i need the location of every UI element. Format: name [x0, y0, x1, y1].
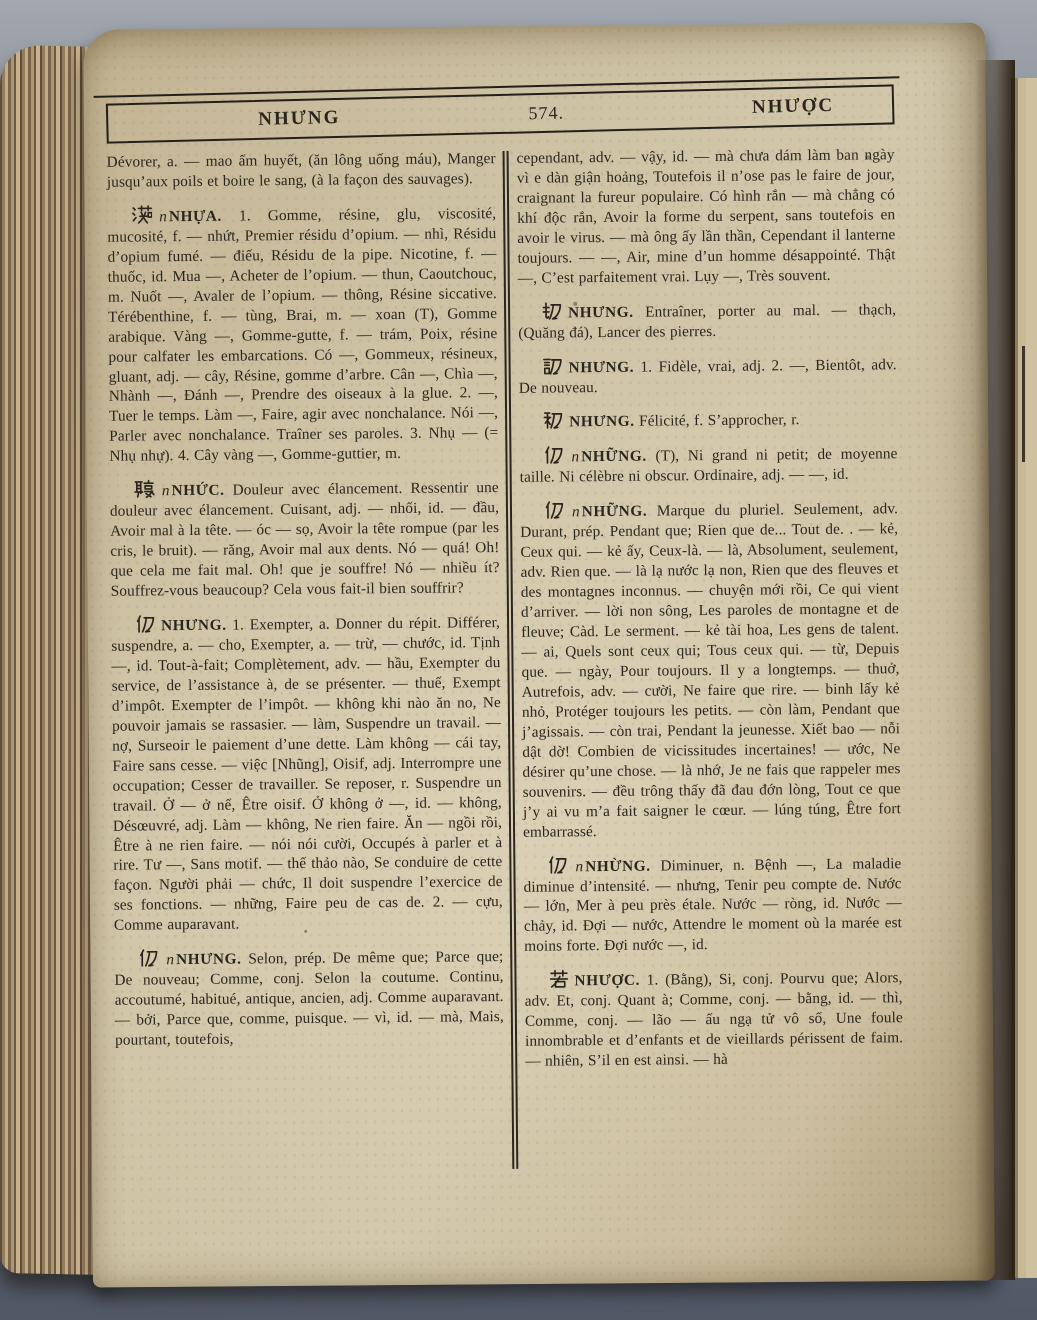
cjk-character-icon — [543, 445, 564, 466]
paragraph-text: cependant, adv. — vậy, id. — mà chưa dám… — [517, 146, 896, 286]
particle: n — [570, 504, 582, 521]
cjk-character-icon — [131, 204, 152, 225]
running-header-box: NHƯNG 574. NHƯỢC — [106, 84, 895, 143]
dictionary-entry-nhung-exempter: NHƯNG. 1. Exempter, a. Donner du répit. … — [111, 610, 503, 936]
headword: NHỪNG. — [585, 857, 651, 875]
header-guideword-left: NHƯNG — [258, 107, 341, 131]
cjk-character-icon — [548, 969, 569, 990]
page-number: 574. — [528, 102, 564, 124]
particle: n — [164, 951, 176, 968]
headword: NHỰA. — [169, 208, 222, 226]
dictionary-entry-nhung-entrainer: NHƯNG. Entraîner, porter au mal. — thạch… — [518, 297, 896, 344]
facing-page-border-fragment — [1022, 346, 1034, 462]
headword: NHỨC. — [171, 482, 224, 500]
entry-text: 1. Gomme, résine, glu, viscosité, mucosi… — [107, 205, 498, 465]
headword: NHƯỢC. — [574, 972, 640, 990]
dictionary-entry-nhung-selon: nNHƯNG. Selon, prép. De même que; Parce … — [114, 944, 504, 1050]
cjk-character-icon — [543, 410, 564, 431]
paragraph-text: Dévorer, a. — mao ấm huyết, (ăn lông uốn… — [107, 150, 496, 191]
headword: NHỮNG. — [581, 448, 647, 466]
dictionary-entry-nhung-diminuer: nNHỪNG. Diminuer, n. Bệnh —, La maladie … — [523, 851, 902, 957]
dictionary-entry-nhuc: nNHỨC. Douleur avec élancement. Ressenti… — [110, 475, 500, 601]
cjk-character-icon — [544, 500, 565, 521]
dictionary-entry-nhung-pluriel: nNHỮNG. Marque du pluriel. Seulement, ad… — [520, 497, 901, 843]
column-left: Dévorer, a. — mao ấm huyết, (ăn lông uốn… — [107, 149, 506, 1173]
column-right: cependant, adv. — vậy, id. — mà chưa dám… — [517, 145, 905, 1169]
headword: NHƯNG. — [176, 951, 242, 969]
entry-text: Marque du pluriel. Seulement, adv. Duran… — [520, 501, 901, 841]
headword: NHƯNG. — [569, 358, 635, 376]
cjk-character-icon — [138, 948, 159, 969]
dictionary-entry-nhung-felicite: NHƯNG. Félicité, f. S’approcher, r. — [519, 407, 897, 434]
dictionary-entry-nhung-taille: nNHỮNG. (T), Ni grand ni petit; de moyen… — [519, 442, 897, 489]
header-guideword-right: NHƯỢC — [752, 95, 835, 119]
continuation-paragraph: cependant, adv. — vậy, id. — mà chưa dám… — [517, 145, 896, 288]
headword: NHỮNG. — [582, 503, 648, 521]
particle: n — [157, 208, 169, 225]
entry-text: 1. Exempter, a. Donner du répit. Différe… — [111, 614, 503, 934]
cjk-character-icon — [542, 300, 563, 321]
dictionary-entry-nhuoc: NHƯỢC. 1. (Bằng), Si, conj. Pourvu que; … — [524, 965, 903, 1071]
particle: n — [573, 858, 585, 875]
cjk-character-icon — [134, 479, 155, 500]
dictionary-entry-nhua: nNHỰA. 1. Gomme, résine, glu, viscosité,… — [107, 201, 499, 467]
cjk-character-icon — [547, 854, 568, 875]
continuation-paragraph: Dévorer, a. — mao ấm huyết, (ăn lông uốn… — [107, 149, 496, 193]
book-photo: { "header": { "left_title": "NHƯNG", "pa… — [0, 0, 1037, 1320]
book-gutter-shadow — [975, 60, 1015, 1280]
headword: NHƯNG. — [569, 413, 635, 431]
headword: NHƯNG. — [568, 303, 634, 321]
entry-text: Félicité, f. S’approcher, r. — [639, 412, 800, 431]
dictionary-entry-nhung-fidele: NHƯNG. 1. Fidèle, vrai, adj. 2. —, Bient… — [519, 352, 897, 399]
page-content: NHƯNG 574. NHƯỢC Dévorer, a. — mao ấm hu… — [106, 90, 904, 1173]
cjk-character-icon — [543, 355, 564, 376]
two-column-text: Dévorer, a. — mao ấm huyết, (ăn lông uốn… — [107, 145, 905, 1173]
cjk-character-icon — [135, 613, 156, 634]
headword: NHƯNG. — [161, 617, 227, 635]
particle: n — [569, 449, 581, 466]
particle: n — [160, 482, 172, 499]
column-divider-rule — [503, 151, 519, 1169]
